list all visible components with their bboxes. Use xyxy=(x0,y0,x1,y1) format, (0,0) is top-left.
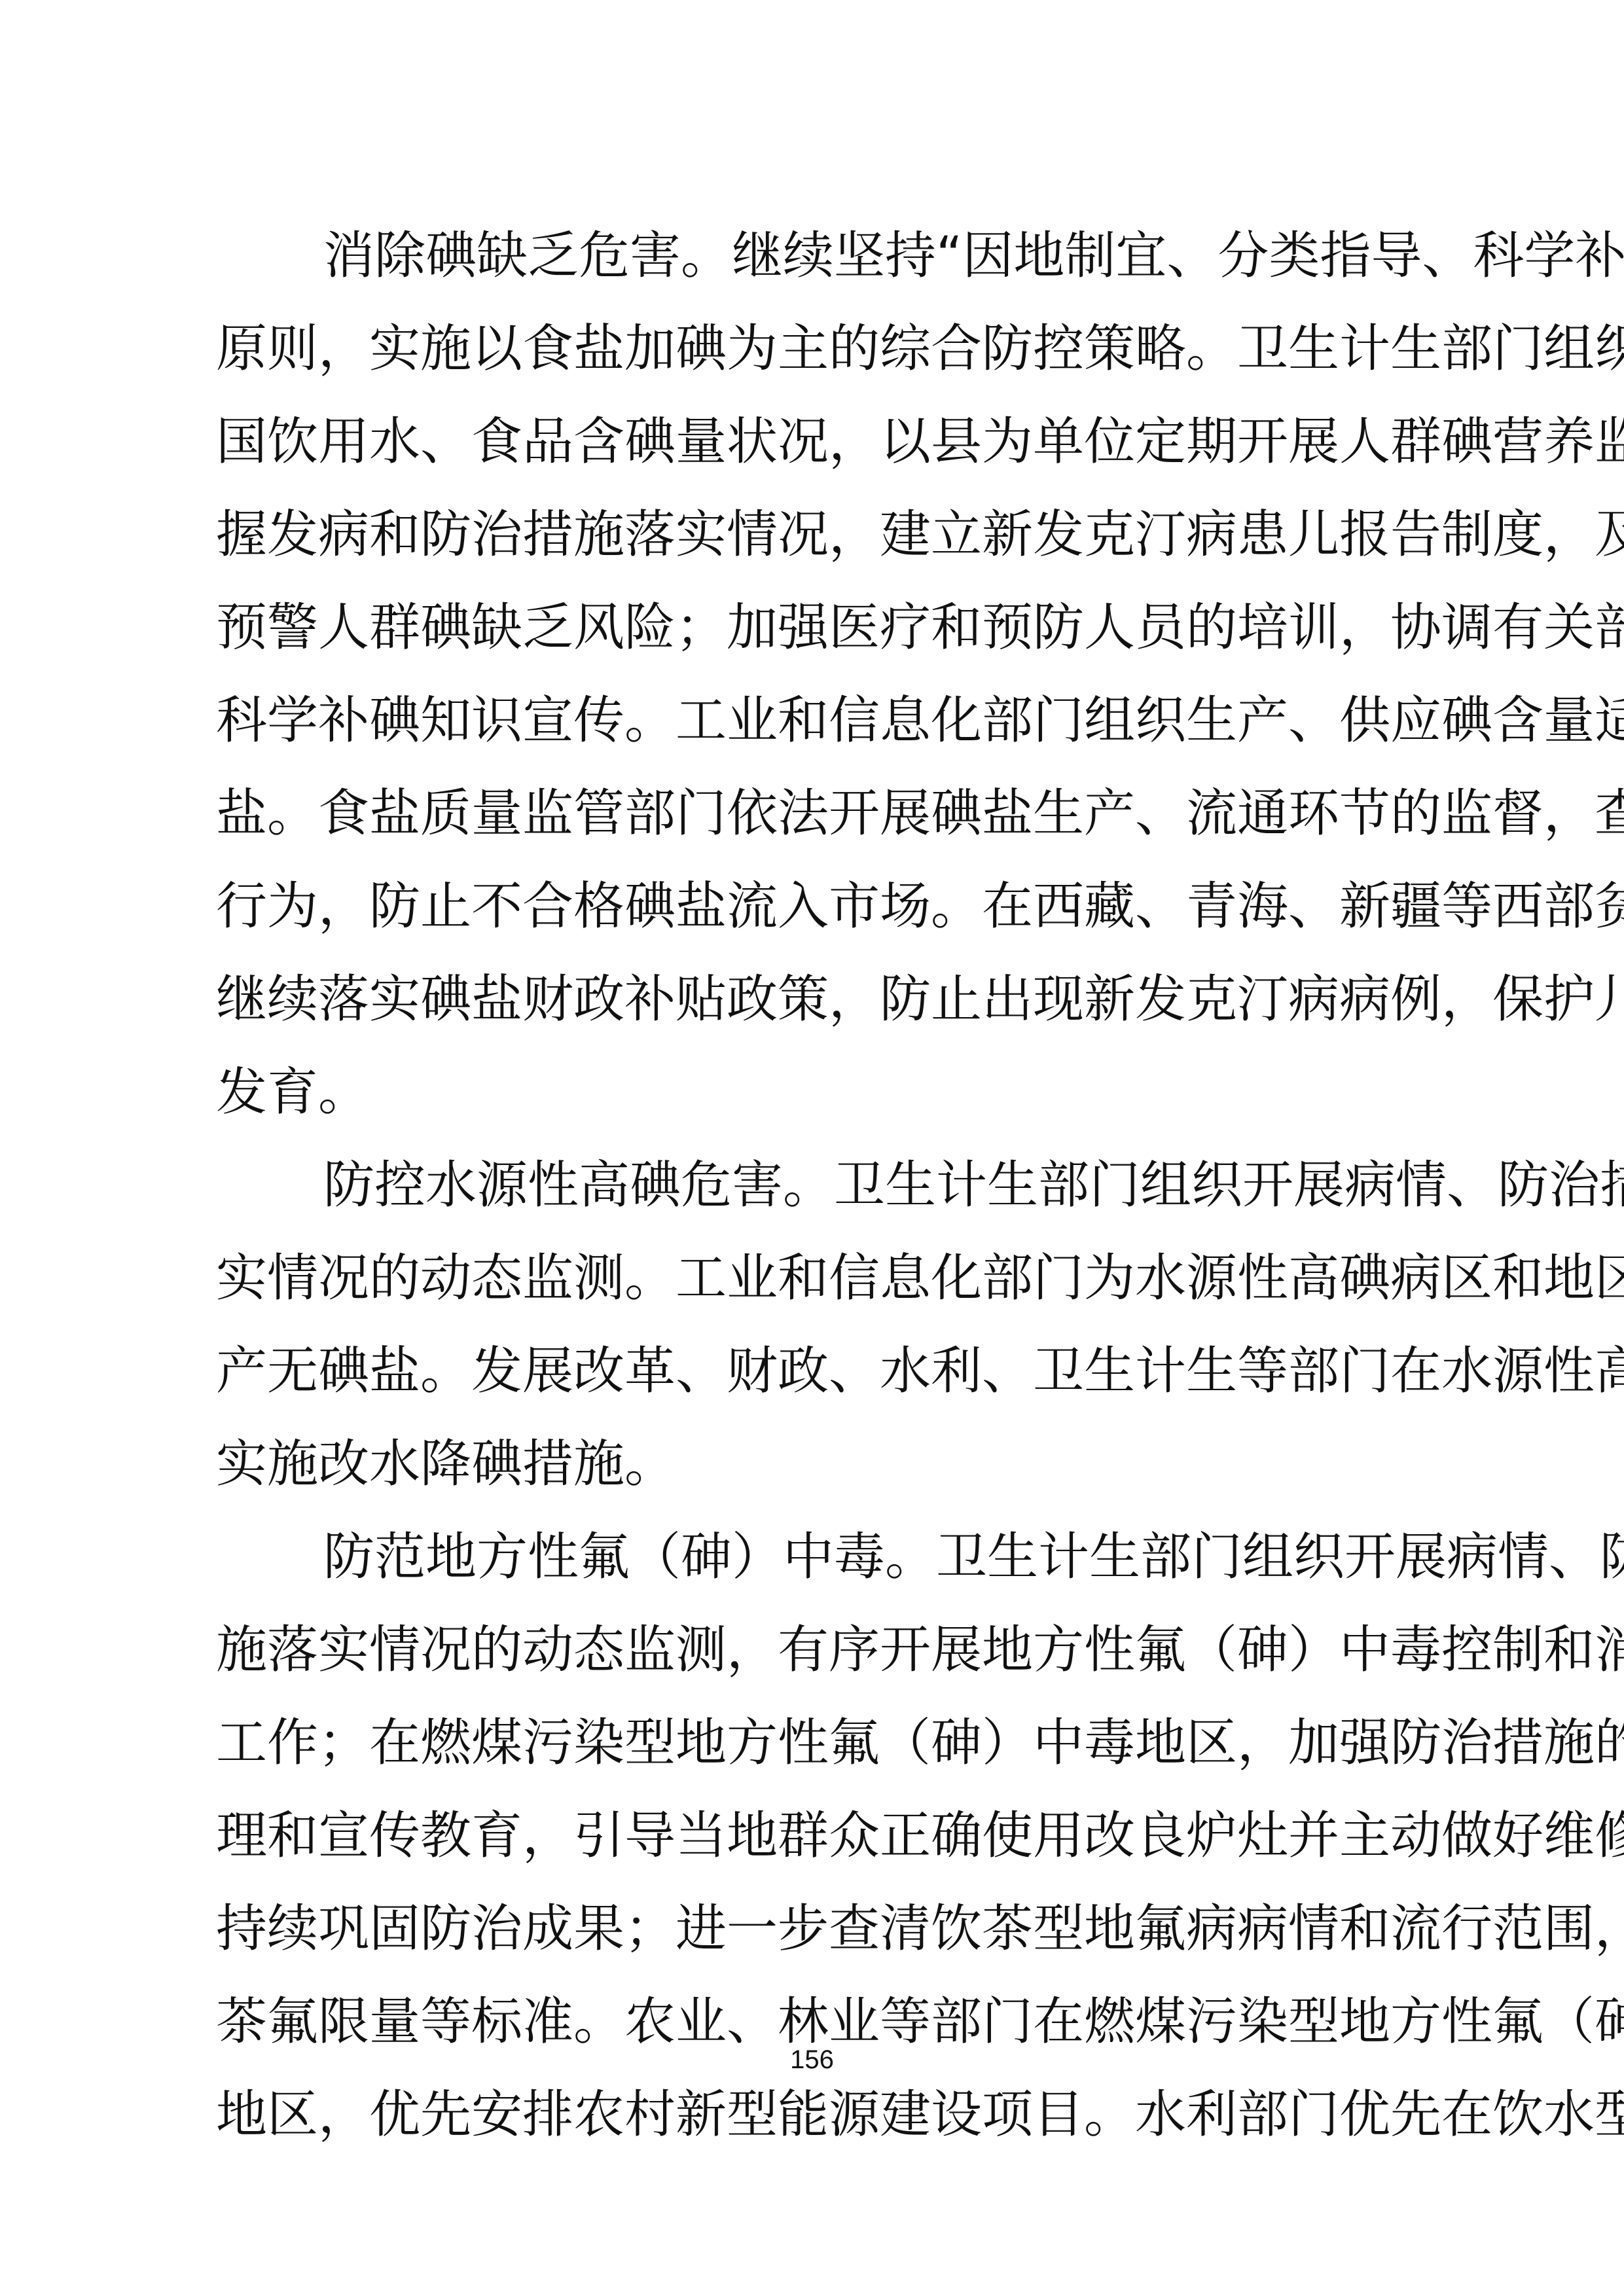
paragraph-1-line-8: 行为，防止不合格碘盐流入市场。在西藏、青海、新疆等西部贫困地区 xyxy=(216,860,1409,953)
page-number: 156 xyxy=(0,2045,1624,2075)
paragraph-1-line-5: 预警人群碘缺乏风险；加强医疗和预防人员的培训，协调有关部门做好 xyxy=(216,581,1409,674)
paragraph-3-line-3: 工作；在燃煤污染型地方性氟（砷）中毒地区，加强防治措施的后期管 xyxy=(216,1696,1409,1789)
paragraph-1-line-2: 原则，实施以食盐加碘为主的综合防控策略。卫生计生部门组织调查全 xyxy=(216,302,1409,395)
body-text: 消除碘缺乏危害。继续坚持“因地制宜、分类指导、科学补碘” 原则，实施以食盐加碘为… xyxy=(216,209,1409,2161)
paragraph-3-line-4: 理和宣传教育，引导当地群众正确使用改良炉灶并主动做好维修维护， xyxy=(216,1789,1409,1882)
paragraph-2-line-3: 产无碘盐。发展改革、财政、水利、卫生计生等部门在水源性高碘病区 xyxy=(216,1325,1409,1418)
paragraph-2-line-1: 防控水源性高碘危害。卫生计生部门组织开展病情、防治措施落 xyxy=(216,1139,1409,1232)
paragraph-1-line-10: 发育。 xyxy=(216,1046,1409,1139)
paragraph-1-line-9: 继续落实碘盐财政补贴政策，防止出现新发克汀病病例，保护儿童智力 xyxy=(216,953,1409,1046)
paragraph-3-line-7: 地区，优先安排农村新型能源建设项目。水利部门优先在饮水型地方性 xyxy=(216,2068,1409,2161)
paragraph-3-line-1: 防范地方性氟（砷）中毒。卫生计生部门组织开展病情、防治措 xyxy=(216,1511,1409,1604)
paragraph-1-line-1: 消除碘缺乏危害。继续坚持“因地制宜、分类指导、科学补碘” xyxy=(216,209,1409,302)
paragraph-1-line-4: 握发病和防治措施落实情况，建立新发克汀病患儿报告制度，及时监测 xyxy=(216,488,1409,581)
paragraph-3-line-5: 持续巩固防治成果；进一步查清饮茶型地氟病病情和流行范围，完善砖 xyxy=(216,1882,1409,1975)
document-page: 消除碘缺乏危害。继续坚持“因地制宜、分类指导、科学补碘” 原则，实施以食盐加碘为… xyxy=(0,0,1624,2296)
paragraph-2-line-2: 实情况的动态监测。工业和信息化部门为水源性高碘病区和地区组织生 xyxy=(216,1232,1409,1325)
paragraph-2-line-4: 实施改水降碘措施。 xyxy=(216,1418,1409,1511)
paragraph-1-line-3: 国饮用水、食品含碘量状况，以县为单位定期开展人群碘营养监测，掌 xyxy=(216,395,1409,488)
paragraph-1-line-7: 盐。食盐质量监管部门依法开展碘盐生产、流通环节的监督，查处违法 xyxy=(216,767,1409,860)
paragraph-3-line-2: 施落实情况的动态监测，有序开展地方性氟（砷）中毒控制和消除评价 xyxy=(216,1604,1409,1696)
paragraph-1-line-6: 科学补碘知识宣传。工业和信息化部门组织生产、供应碘含量适宜的碘 xyxy=(216,674,1409,767)
